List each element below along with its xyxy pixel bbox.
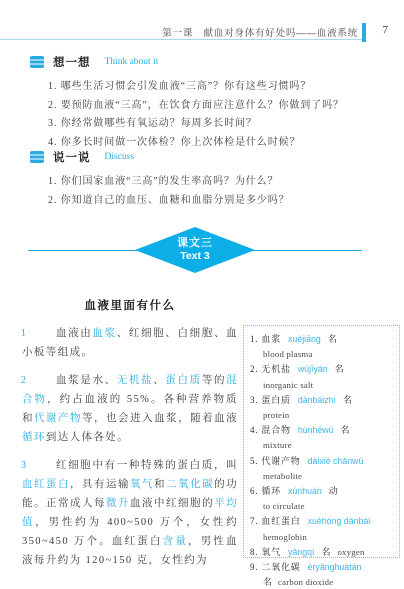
lesson-paragraphs: 1血液由血浆、红细胞、白细胞、血小板等组成。2血浆是水、无机盐、蛋白质等的混合物… [22, 324, 238, 579]
vocab-term-highlight: 无机盐 [117, 375, 153, 386]
vocab-word: 2. 无机盐 [250, 364, 291, 374]
vocab-english: to circulate [263, 501, 305, 511]
discuss-section: 说一说 Discuss 1. 你们国家血液“三高”的发生率高吗？为什么？2. 你… [30, 149, 396, 210]
vocab-pinyin: xuèhóng dànbái [308, 516, 371, 526]
paragraph-number: 3 [21, 456, 27, 475]
vocabulary-box: 1. 血浆xuèjiāng名blood plasma2. 无机盐wújīyán名… [243, 325, 400, 558]
vocab-pinyin: hùnhéwù [298, 425, 334, 435]
header-rule [0, 39, 366, 40]
vocab-word: 4. 混合物 [250, 425, 291, 435]
vocab-entry: 6. 循环xúnhuán动to circulate [250, 483, 394, 513]
question-item: 2. 要预防血液“三高”，在饮食方面应注意什么？你做到了吗？ [48, 97, 396, 116]
vocab-entry: 8. 氧气yǎngqì名oxygen [250, 544, 394, 559]
vocab-english: inorganic salt [263, 380, 313, 390]
vocab-pos: 名 [328, 334, 337, 344]
vocab-english: metabolite [263, 471, 302, 481]
vocab-pos: 动 [329, 486, 338, 496]
vocab-entry: 2. 无机盐wújīyán名inorganic salt [250, 361, 394, 391]
paragraph-text: 血液由 [56, 328, 92, 339]
lesson-paragraph: 3红细胞中有一种特殊的蛋白质，叫血红蛋白，具有运输氧气和二氧化碳的功能。正常成人… [22, 456, 238, 570]
think-section: 想一想 Think about it 1. 哪些生活习惯会引发血液“三高”？你有… [30, 54, 396, 152]
question-item: 3. 你经常做哪些有氧运动？每周多长时间？ [48, 115, 396, 134]
vocab-pinyin: yǎngqì [288, 547, 314, 557]
vocab-word: 3. 蛋白质 [250, 395, 291, 405]
vocab-term-highlight: 蛋白质 [165, 375, 201, 386]
vocab-pinyin: xuèjiāng [288, 334, 321, 344]
lesson-paragraph: 2血浆是水、无机盐、蛋白质等的混合物，约占血液的 55%。各种营养物质和代谢产物… [22, 371, 238, 447]
vocab-word: 9. 二氧化碳 [250, 562, 301, 572]
vocab-term-highlight: 二氧化碳 [166, 479, 214, 490]
vocab-english: hemoglobin [263, 532, 307, 542]
vocab-entry: 9. 二氧化碳èryǎnghuàtàn名carbon dioxide [250, 559, 394, 589]
think-section-subtitle: Think about it [105, 57, 159, 67]
question-item: 1. 哪些生活习惯会引发血液“三高”？你有这些习惯吗？ [48, 78, 396, 97]
paragraph-text: 等的 [202, 375, 226, 386]
vocab-entry: 1. 血浆xuèjiāng名blood plasma [250, 331, 394, 361]
page-header-title: 第一课 献血对身体有好处吗——血液系统 [162, 25, 358, 39]
discuss-section-subtitle: Discuss [105, 152, 135, 162]
question-item: 1. 你们国家血液“三高”的发生率高吗？为什么？ [48, 173, 396, 192]
vocab-term-highlight: 含量 [163, 536, 188, 547]
discuss-section-title: 说一说 [53, 149, 91, 165]
discuss-question-list: 1. 你们国家血液“三高”的发生率高吗？为什么？2. 你知道自己的血压、血糖和血… [30, 173, 396, 210]
vocab-word: 7. 血红蛋白 [250, 516, 301, 526]
vocab-word: 1. 血浆 [250, 334, 281, 344]
paragraph-number: 1 [21, 324, 27, 343]
header-accent-bar [362, 23, 366, 42]
page-number: 7 [383, 24, 389, 36]
vocab-pinyin: xúnhuán [288, 486, 322, 496]
vocab-word: 8. 氧气 [250, 547, 281, 557]
paragraph-text: 和 [154, 479, 166, 490]
vocab-english: blood plasma [263, 349, 313, 359]
banner-title-en: Text 3 [180, 250, 210, 263]
vocab-pinyin: dàixiè chǎnwù [308, 456, 364, 466]
vocab-term-highlight: 代谢产物 [34, 413, 82, 424]
paragraph-text: 、 [153, 375, 165, 386]
paragraph-text: 到达人体各处。 [46, 432, 129, 443]
paragraph-text: 红细胞中有一种特殊的蛋白质，叫 [56, 460, 238, 471]
vocab-pos: 名 [341, 425, 350, 435]
vocab-entry: 7. 血红蛋白xuèhóng dànbáihemoglobin [250, 513, 394, 543]
notes-list-icon [30, 151, 44, 163]
vocab-term-highlight: 微升 [106, 498, 130, 509]
think-question-list: 1. 哪些生活习惯会引发血液“三高”？你有这些习惯吗？2. 要预防血液“三高”，… [30, 78, 396, 152]
paragraph-text: 等，也会进入血浆，随着血液 [82, 413, 238, 424]
vocab-word: 6. 循环 [250, 486, 281, 496]
think-section-title: 想一想 [53, 54, 91, 70]
text3-banner: 课文三 Text 3 [0, 227, 404, 273]
lesson-title: 血液里面有什么 [22, 297, 238, 313]
vocab-term-highlight: 血浆 [92, 328, 116, 339]
paragraph-text: 血液中红细胞的 [130, 498, 214, 509]
vocab-entry: 3. 蛋白质dànbáizhì名protein [250, 392, 394, 422]
vocab-entry: 5. 代谢产物dàixiè chǎnwùmetabolite [250, 453, 394, 483]
paragraph-text: 、红细胞、白细胞、血小板等组成。 [22, 328, 238, 358]
paragraph-text: ，具有运输 [70, 479, 130, 490]
vocab-english: oxygen [337, 547, 364, 557]
vocab-pinyin: èryǎnghuàtàn [308, 562, 362, 572]
vocab-english: mixture [263, 440, 292, 450]
vocab-pos: 名 [263, 577, 272, 587]
vocab-pinyin: dànbáizhì [298, 395, 336, 405]
paragraph-text: 血浆是水、 [56, 375, 117, 386]
vocab-pos: 名 [335, 364, 344, 374]
lesson-paragraph: 1血液由血浆、红细胞、白细胞、血小板等组成。 [22, 324, 238, 362]
vocab-term-highlight: 循环 [22, 432, 46, 443]
banner-diamond: 课文三 Text 3 [135, 227, 255, 273]
vocab-entry: 4. 混合物hùnhéwù名mixture [250, 422, 394, 452]
banner-title-zh: 课文三 [177, 237, 213, 250]
paragraph-number: 2 [21, 371, 27, 390]
vocab-pinyin: wújīyán [298, 364, 328, 374]
vocab-english: protein [263, 410, 289, 420]
vocab-term-highlight: 血红蛋白 [22, 479, 70, 490]
vocab-word: 5. 代谢产物 [250, 456, 301, 466]
vocab-english: carbon dioxide [278, 577, 333, 587]
vocab-pos: 名 [321, 547, 330, 557]
question-item: 2. 你知道自己的血压、血糖和血脂分别是多少吗？ [48, 192, 396, 211]
vocab-pos: 名 [343, 395, 352, 405]
notes-list-icon [30, 56, 44, 68]
vocab-term-highlight: 氧气 [130, 479, 154, 490]
